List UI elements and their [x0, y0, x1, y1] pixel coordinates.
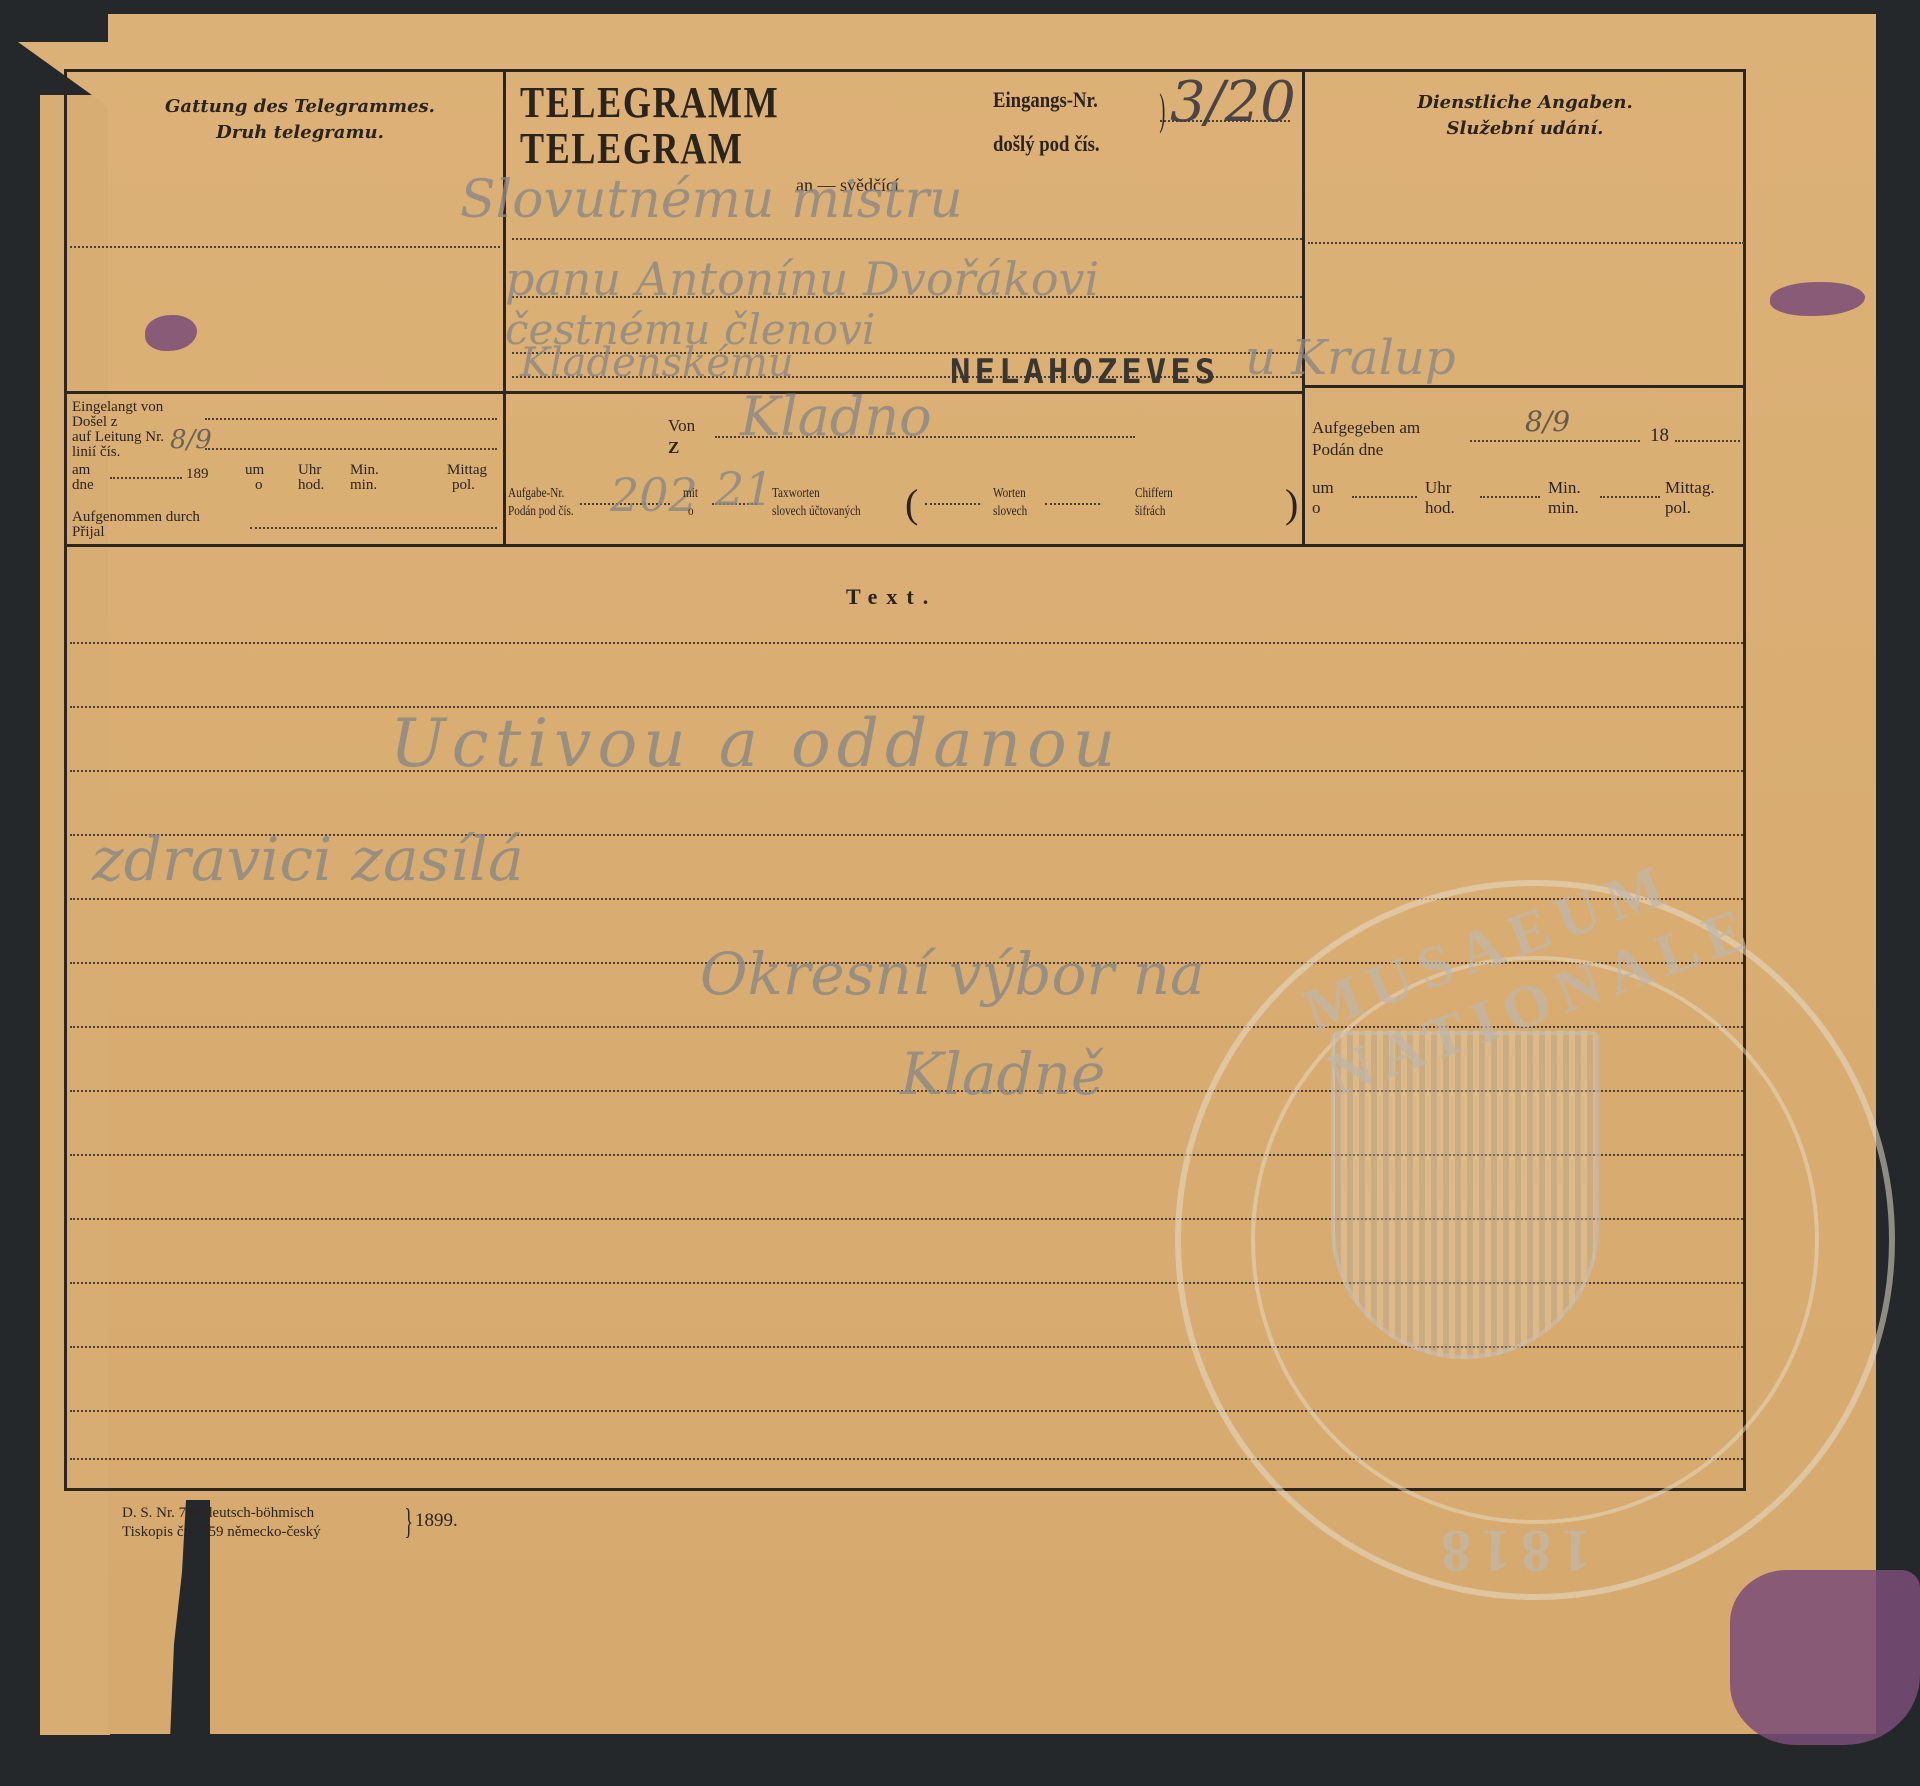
aufgegeben-field[interactable] [1470, 440, 1640, 442]
date-field[interactable] [110, 477, 182, 479]
taxworten-label-de: Taxworten [772, 486, 820, 502]
min-label-cs: min. [350, 478, 377, 493]
pol-label-right: pol. [1665, 500, 1691, 515]
am-label: am [72, 463, 90, 478]
min-label-right-cs: min. [1548, 500, 1579, 515]
worten-label-cs: slovech [993, 504, 1027, 520]
eingelangt-label-de: Eingelangt von [72, 400, 163, 415]
aufgegeben-label-de: Aufgegeben am [1312, 420, 1420, 435]
dne-label: dne [72, 478, 94, 493]
addressee-line-1: Slovutnému mistru [460, 170, 963, 230]
worten-label-de: Worten [993, 486, 1026, 502]
chiffern-label-de: Chiffern [1135, 486, 1173, 502]
aufgegeben-year-field[interactable] [1675, 440, 1740, 442]
aufgenommen-label-de: Aufgenommen durch [72, 510, 200, 525]
von-label: Von [668, 418, 695, 433]
gattung-field[interactable] [70, 246, 500, 248]
um-label: um [245, 463, 264, 478]
mittag-label-right: Mittag. [1665, 480, 1715, 495]
eingangs-label-cs: došlý pod čís. [993, 131, 1100, 157]
message-line-1: Uctivou a oddanou [390, 705, 1121, 782]
eingangs-value: 3/20 [1170, 70, 1296, 135]
um-label-right: um [1312, 480, 1334, 495]
hod-label: hod. [298, 478, 324, 493]
worten-field[interactable] [1045, 503, 1100, 505]
message-line-2: zdravici zasílá [92, 825, 524, 895]
taxworten-field[interactable] [925, 503, 980, 505]
o-label-right: o [1312, 500, 1321, 515]
station-stamp: NELAHOZEVES [950, 352, 1219, 392]
addressee-line-2: panu Antonínu Dvořákovi [505, 252, 1099, 306]
footer-line-2: Tiskopis čís. 759 německo-český [122, 1525, 321, 1540]
mittag-label: Mittag [447, 463, 487, 478]
aufgegeben-label-cs: Podán dne [1312, 442, 1383, 457]
aufgenommen-field[interactable] [250, 527, 497, 529]
mit-value: 21 [715, 462, 774, 516]
wax-residue-bottom [1730, 1570, 1920, 1745]
dienstliche-label-de: Dienstliche Angaben. [1310, 92, 1740, 113]
dienstliche-field[interactable] [1308, 242, 1744, 244]
column-divider-2 [1302, 69, 1305, 546]
leitung-field[interactable] [205, 448, 497, 450]
eingangs-brace: ) [1159, 84, 1165, 135]
pol-label: pol. [452, 478, 475, 493]
mit-label: mit [683, 486, 698, 502]
dienstliche-label-cs: Služební udání. [1310, 118, 1740, 139]
addressee-line-4: Kladenskému [520, 340, 794, 386]
aufgenommen-label-cs: Přijal [72, 525, 105, 540]
um-field-right[interactable] [1352, 496, 1417, 498]
min-label-de: Min. [350, 463, 379, 478]
leitung-value: 8/9 [170, 425, 212, 455]
min-field-right[interactable] [1600, 496, 1660, 498]
leitung-label-de: auf Leitung Nr. [72, 430, 164, 445]
gattung-label-de: Gattung des Telegrammes. [110, 96, 490, 117]
footer-line-1: D. S. Nr. 759 deutsch-böhmisch [122, 1506, 314, 1521]
o-label: o [255, 478, 263, 493]
address-line-1[interactable] [512, 238, 1302, 240]
uhr-field-right[interactable] [1480, 496, 1540, 498]
aufgabe-label-de: Aufgabe-Nr. [508, 486, 564, 502]
uhr-label-right: Uhr [1425, 480, 1451, 495]
message-line-4: Kladně [900, 1040, 1105, 1108]
footer-year: 1899. [415, 1513, 458, 1528]
header-divider-left [64, 391, 504, 394]
aufgegeben-year: 18 [1650, 428, 1669, 443]
year-prefix: 189 [186, 467, 209, 482]
o-label-middle: o [688, 504, 694, 520]
leitung-label-cs: linií čís. [72, 445, 120, 460]
uhr-label: Uhr [298, 463, 321, 478]
eingelangt-field[interactable] [205, 418, 497, 420]
chiffern-paren-close: ) [1285, 480, 1298, 527]
text-heading: Text. [846, 584, 937, 610]
aufgegeben-value: 8/9 [1525, 405, 1570, 438]
min-label-right-de: Min. [1548, 480, 1581, 495]
seal-year: 1818 [1431, 1516, 1591, 1585]
message-line-3: Okresní výbor na [700, 940, 1205, 1008]
text-line-1[interactable] [70, 642, 1743, 644]
eingelangt-label-cs: Došel z [72, 415, 117, 430]
aufgabe-label-cs: Podán pod čís. [508, 504, 574, 520]
taxworten-paren-open: ( [905, 480, 918, 527]
title-cs: TELEGRAM [520, 126, 744, 172]
title-de: TELEGRAMM [520, 80, 779, 126]
museum-seal: MUSAEUM NATIONALE 1818 [1175, 880, 1895, 1600]
hod-label-right: hod. [1425, 500, 1455, 515]
taxworten-label-cs: slovech účtovaných [772, 504, 861, 520]
z-label: Z [668, 440, 679, 455]
gattung-label-cs: Druh telegramu. [110, 122, 490, 143]
addressee-continuation: u Kralup [1245, 330, 1456, 386]
chiffern-label-cs: šifrách [1135, 504, 1165, 520]
eingangs-label-de: Eingangs-Nr. [993, 87, 1098, 113]
von-value: Kladno [740, 385, 932, 448]
fields-divider [64, 544, 1746, 547]
footer-brace: } [404, 1500, 413, 1542]
